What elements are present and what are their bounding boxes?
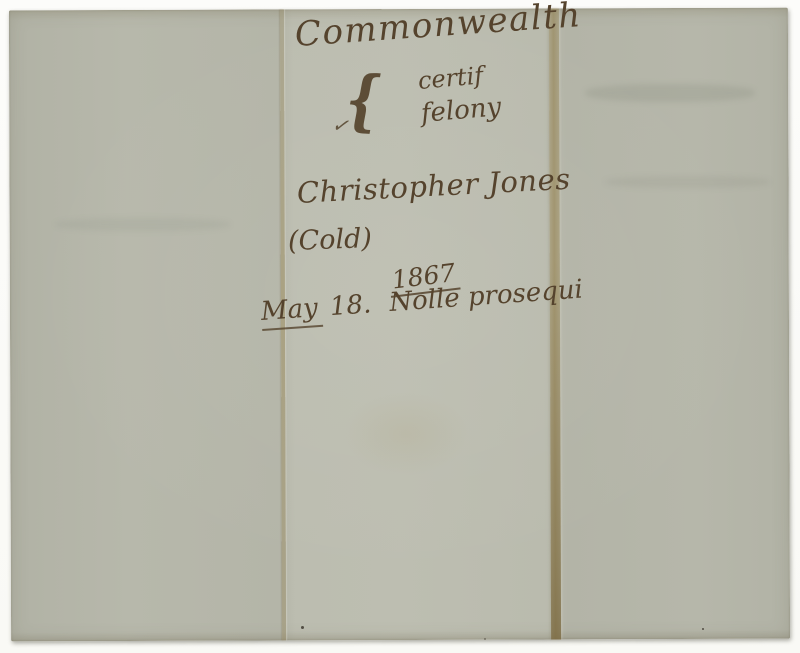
disposition-day: 18. bbox=[329, 289, 372, 322]
charge-line-1-handwriting: certif bbox=[417, 61, 485, 95]
ink-speck bbox=[702, 628, 704, 630]
bleed-through-smudge bbox=[605, 176, 770, 188]
ink-speck bbox=[301, 626, 304, 629]
bleed-through-smudge bbox=[55, 218, 230, 231]
disposition-month: May bbox=[260, 293, 323, 331]
ink-speck bbox=[484, 638, 486, 640]
check-mark: ✓ bbox=[330, 112, 350, 138]
brace-mark: { bbox=[345, 60, 381, 139]
bleed-through-smudge bbox=[585, 84, 755, 102]
race-note-handwriting: (Cold) bbox=[287, 223, 372, 257]
document-paper bbox=[9, 8, 790, 642]
scan-background: Commonwealth { ✓ certif felony Christoph… bbox=[0, 0, 800, 653]
right-fold-crease bbox=[549, 8, 561, 639]
